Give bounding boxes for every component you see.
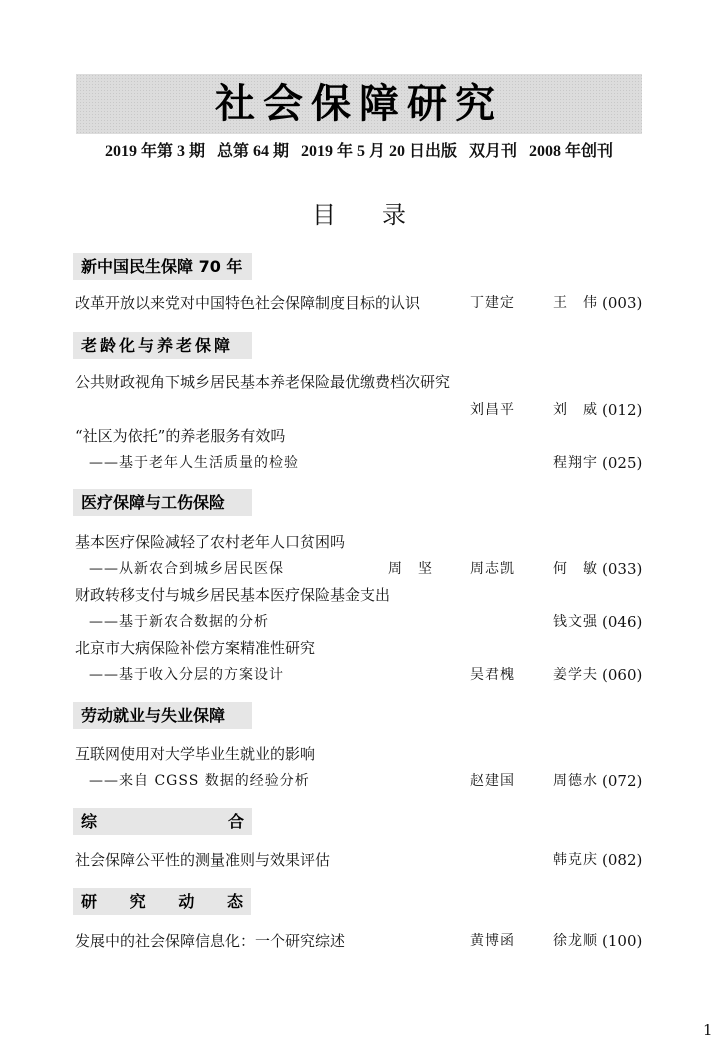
article-author: 周志凯: [470, 558, 515, 580]
section-header: 老龄化与养老保障: [73, 332, 252, 359]
journal-masthead: 社会保障研究: [76, 74, 642, 134]
article-author: 钱文强: [553, 611, 598, 633]
page-ref: (025): [602, 452, 642, 474]
section-header: 劳动就业与失业保障: [73, 702, 252, 729]
toc-entry[interactable]: 财政转移支付与城乡居民基本医疗保险基金支出: [75, 584, 642, 606]
article-title[interactable]: 改革开放以来党对中国特色社会保障制度目标的认识: [75, 292, 420, 314]
article-author: 姜学夫: [553, 664, 598, 686]
article-author: 徐龙顺: [553, 930, 598, 952]
toc-entry[interactable]: 互联网使用对大学毕业生就业的影响: [75, 743, 642, 765]
article-subtitle: ——基于新农合数据的分析: [89, 611, 269, 633]
section-label: 研究动态: [81, 891, 243, 913]
toc-entry-subtitle: ——基于收入分层的方案设计 吴君槐 姜学夫 (060): [75, 664, 642, 686]
toc-entry[interactable]: 发展中的社会保障信息化：一个研究综述 黄博函 徐龙顺 (100): [75, 930, 642, 952]
toc-heading: 目录: [0, 200, 718, 230]
section-header: 研究动态: [73, 888, 251, 915]
journal-title: 社会保障研究: [76, 80, 642, 128]
toc-entry-authors: 刘昌平 刘 威 (012): [75, 399, 642, 421]
section-header: 医疗保障与工伤保险: [73, 489, 252, 516]
article-author: 程翔宇: [553, 452, 598, 474]
section-label: 综合: [81, 811, 244, 833]
issue-info: 2019 年第 3 期 总第 64 期 2019 年 5 月 20 日出版 双月…: [76, 141, 642, 163]
section-label: 老龄化与养老保障: [81, 335, 244, 357]
section-label-char: 态: [227, 891, 243, 913]
toc-entry[interactable]: 改革开放以来党对中国特色社会保障制度目标的认识 丁建定 王 伟 (003): [75, 292, 642, 314]
page-number: 1: [703, 1020, 713, 1040]
toc-entry-subtitle: ——基于老年人生活质量的检验 程翔宇 (025): [75, 452, 642, 474]
section-header: 新中国民生保障 70 年: [73, 253, 252, 280]
page-ref: (072): [602, 770, 642, 792]
article-author: 黄博函: [470, 930, 515, 952]
article-author: 何 敏: [553, 558, 598, 580]
article-subtitle: ——来自 CGSS 数据的经验分析: [89, 770, 310, 792]
article-title[interactable]: 基本医疗保险减轻了农村老年人口贫困吗: [75, 531, 345, 553]
page-ref: (033): [602, 558, 642, 580]
section-label-char: 合: [228, 811, 244, 833]
section-label-char: 研: [81, 891, 97, 913]
article-title[interactable]: 财政转移支付与城乡居民基本医疗保险基金支出: [75, 584, 390, 606]
article-author: 周 坚: [388, 558, 433, 580]
page-ref: (003): [602, 292, 642, 314]
article-author: 王 伟: [553, 292, 598, 314]
section-label: 医疗保障与工伤保险: [81, 492, 244, 514]
page-ref: (082): [602, 849, 642, 871]
toc-entry[interactable]: 北京市大病保险补偿方案精准性研究: [75, 637, 642, 659]
toc-entry-subtitle: ——来自 CGSS 数据的经验分析 赵建国 周德水 (072): [75, 770, 642, 792]
toc-entry[interactable]: “社区为依托”的养老服务有效吗: [75, 425, 642, 447]
article-author: 周德水: [553, 770, 598, 792]
article-author: 刘 威: [553, 399, 598, 421]
page-ref: (046): [602, 611, 642, 633]
article-subtitle: ——从新农合到城乡居民医保: [89, 558, 284, 580]
article-title[interactable]: 发展中的社会保障信息化：一个研究综述: [75, 930, 345, 952]
page-ref: (012): [602, 399, 642, 421]
article-author: 吴君槐: [470, 664, 515, 686]
article-subtitle: ——基于老年人生活质量的检验: [89, 452, 299, 474]
toc-entry[interactable]: 社会保障公平性的测量准则与效果评估 韩克庆 (082): [75, 849, 642, 871]
section-label: 劳动就业与失业保障: [81, 705, 244, 727]
section-label-char: 动: [178, 891, 194, 913]
article-author: 赵建国: [470, 770, 515, 792]
article-author: 韩克庆: [553, 849, 598, 871]
page-ref: (100): [602, 930, 642, 952]
section-header: 综合: [73, 808, 252, 835]
article-subtitle: ——基于收入分层的方案设计: [89, 664, 284, 686]
toc-entry-subtitle: ——基于新农合数据的分析 钱文强 (046): [75, 611, 642, 633]
toc-entry-subtitle: ——从新农合到城乡居民医保 周 坚 周志凯 何 敏 (033): [75, 558, 642, 580]
article-title[interactable]: 北京市大病保险补偿方案精准性研究: [75, 637, 315, 659]
article-title[interactable]: “社区为依托”的养老服务有效吗: [75, 425, 285, 447]
section-label-char: 综: [81, 811, 97, 833]
section-label: 新中国民生保障 70 年: [81, 256, 244, 278]
article-author: 丁建定: [470, 292, 515, 314]
article-title[interactable]: 公共财政视角下城乡居民基本养老保险最优缴费档次研究: [75, 371, 450, 393]
section-label-char: 究: [130, 891, 146, 913]
article-title[interactable]: 互联网使用对大学毕业生就业的影响: [75, 743, 315, 765]
article-author: 刘昌平: [470, 399, 515, 421]
toc-entry[interactable]: 基本医疗保险减轻了农村老年人口贫困吗: [75, 531, 642, 553]
toc-entry[interactable]: 公共财政视角下城乡居民基本养老保险最优缴费档次研究: [75, 371, 642, 393]
page-ref: (060): [602, 664, 642, 686]
article-title[interactable]: 社会保障公平性的测量准则与效果评估: [75, 849, 330, 871]
